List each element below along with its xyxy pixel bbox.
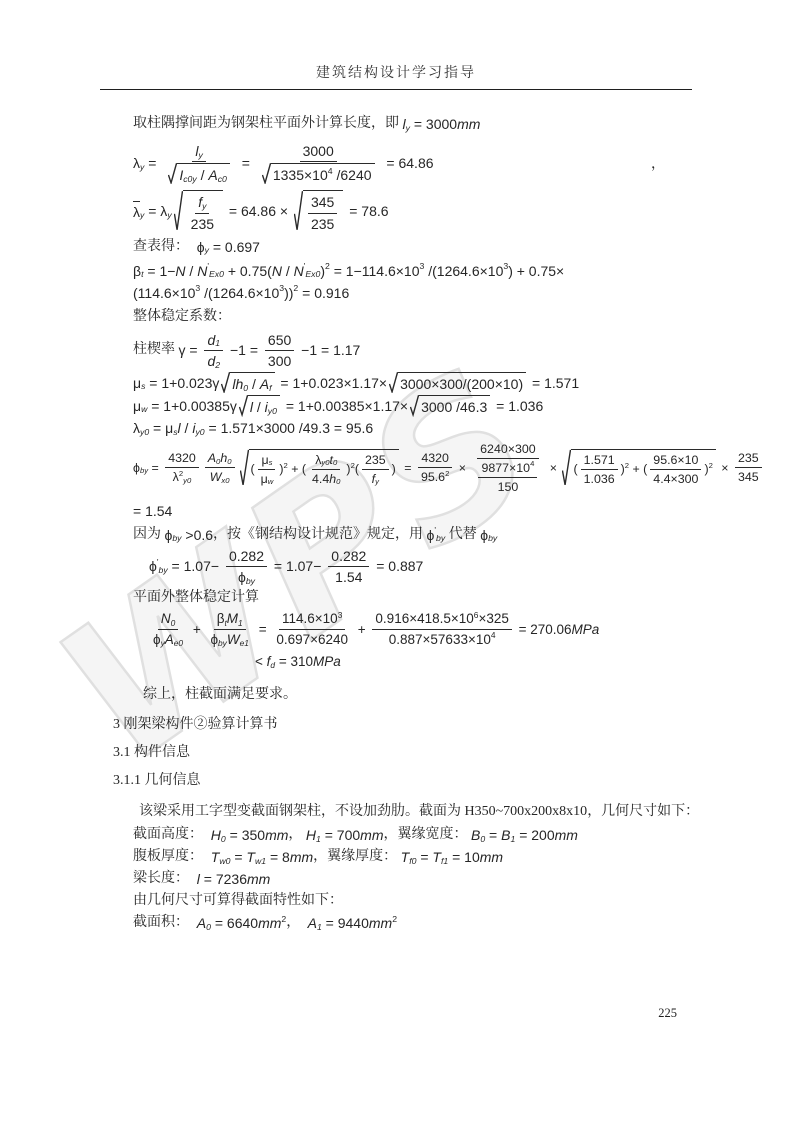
- fraction: fy235: [188, 193, 217, 232]
- math-token: = 270.06: [515, 621, 572, 639]
- math-token: y: [205, 246, 209, 255]
- math-token: y0: [183, 477, 191, 485]
- math-token: =: [255, 621, 270, 639]
- math-token: f1: [441, 857, 448, 866]
- math-token: 0: [227, 458, 231, 466]
- fraction: N0ϕyAe0: [150, 610, 186, 648]
- math-token: −1 = 1.17: [297, 341, 360, 359]
- math-token: y: [140, 163, 144, 172]
- math-token: W: [227, 631, 240, 649]
- formula-lambda-y: λy = lyIc0y / Ac0 = 30001335×104 /6240 =…: [133, 142, 434, 184]
- math-token: 6240×300: [480, 441, 535, 457]
- math-token: 235: [191, 215, 214, 233]
- document-page: WPS 建筑结构设计学习指导 取柱隅撑间距为钢架柱平面外计算长度，即 ly = …: [0, 0, 793, 1122]
- fraction: 9877×104150: [478, 460, 537, 495]
- beam-description: 该梁采用工字型变截面钢架柱，不设加劲肋。截面为 H350~700x200x8x1…: [139, 801, 739, 823]
- math-token: 1.54: [335, 568, 362, 586]
- fraction-numerator: 0.282: [226, 547, 267, 567]
- math-token: mm: [247, 870, 270, 888]
- fraction: 0.282ϕby: [226, 547, 267, 586]
- math-token: (114.6×10: [133, 284, 195, 302]
- math-token: 3000 /46.3: [421, 398, 487, 416]
- fraction: 235345: [735, 450, 762, 485]
- math-token: 650: [268, 331, 291, 349]
- radical-sign-icon: [389, 372, 398, 393]
- formula-taper-ratio: 柱楔率 γ = d1d2 −1 = 650300 −1 = 1.17: [133, 331, 743, 370]
- math-token: 截面高度：: [133, 826, 203, 844]
- math-token: 235: [311, 215, 334, 233]
- math-token: 0: [221, 835, 226, 844]
- math-token: by: [436, 534, 445, 543]
- sqrt-content: Ic0y / Ac0: [177, 163, 230, 184]
- math-token: = 310: [275, 653, 313, 671]
- math-token: 235: [738, 450, 759, 466]
- math-token: 0.282: [229, 547, 264, 565]
- fraction-numerator: 114.6×103: [279, 610, 345, 630]
- math-token: N: [294, 262, 304, 280]
- math-token: (: [251, 461, 255, 477]
- sqrt-radical: Ic0y / Ac0: [168, 163, 230, 184]
- math-token: >0.6: [182, 526, 214, 544]
- math-token: y: [202, 202, 206, 211]
- math-token: w0: [219, 857, 230, 866]
- math-token: e1: [240, 639, 249, 647]
- fraction-denominator: 345: [735, 468, 762, 485]
- sqrt-content: (μsμw)2 + (λy0t04.4h0)2(235fy): [249, 449, 399, 487]
- math-token: 0.282: [331, 547, 366, 565]
- math-token: μ: [261, 471, 268, 487]
- conclusion-line: 综上，柱截面满足要求。: [143, 685, 743, 705]
- math-token: 3: [279, 284, 284, 293]
- math-token: ϕ: [238, 568, 246, 586]
- math-token: ×325: [478, 610, 508, 628]
- math-token: = 1.54: [133, 502, 172, 520]
- math-token: μ: [133, 374, 141, 392]
- math-token: T: [432, 848, 441, 866]
- math-token: λ: [133, 154, 140, 172]
- math-token: 3: [195, 284, 200, 293]
- math-token: = 1.571×3000 /49.3 = 95.6: [205, 419, 374, 437]
- math-token: h: [329, 471, 336, 487]
- math-token: ，按《钢结构设计规范》规定，用: [213, 526, 427, 544]
- math-token: 梁长度：: [133, 870, 189, 888]
- math-token: ϕ: [210, 631, 218, 649]
- fraction-denominator: Ic0y / Ac0: [163, 162, 235, 184]
- math-token: y0: [268, 407, 277, 416]
- formula-mu-w: μw = 1+0.00385γl / iy0 = 1+0.00385×1.17×…: [133, 395, 743, 416]
- math-token: + (: [629, 461, 647, 477]
- fraction-numerator: λy0t0: [312, 452, 340, 470]
- fraction-denominator: 0.697×6240: [273, 630, 351, 649]
- fraction-numerator: 4320: [418, 450, 452, 468]
- math-token: 4.4: [312, 471, 329, 487]
- fraction-denominator: d2: [204, 351, 223, 370]
- math-token: = 0.916: [298, 284, 349, 302]
- math-token: =: [148, 460, 162, 476]
- math-token: 95.6×10: [653, 452, 698, 468]
- math-token: 2: [281, 915, 286, 924]
- math-token: λ: [133, 419, 140, 437]
- fraction-denominator: 9877×104150: [472, 459, 543, 495]
- math-token: e0: [174, 639, 183, 647]
- formula-phi-by-result: = 1.54: [133, 501, 743, 521]
- fraction-denominator: 150: [495, 478, 522, 495]
- fraction-numerator: 95.6×10: [650, 452, 701, 470]
- math-token: =: [401, 460, 415, 476]
- math-token: 2: [351, 462, 355, 470]
- sqrt-radical: lh0 / Af: [221, 372, 274, 393]
- fraction-numerator: 6240×300: [477, 441, 538, 459]
- math-token: /(1264.6×10: [200, 284, 279, 302]
- math-token: /: [253, 398, 265, 416]
- math-token: 3: [503, 262, 508, 271]
- intro-line: 取柱隅撑间距为钢架柱平面外计算长度，即 ly = 3000mm: [133, 114, 743, 134]
- math-token: 柱楔率: [133, 341, 179, 359]
- math-token: = 6640: [211, 914, 258, 932]
- math-token: 0.697×6240: [276, 631, 348, 649]
- sqrt-radical: 3000×300/(200×10): [389, 372, 526, 393]
- formula-lambda-y-row: λy = lyIc0y / Ac0 = 30001335×104 /6240 =…: [133, 142, 743, 184]
- math-token: by: [246, 577, 255, 586]
- fraction-numerator: 0.916×418.5×106×325: [372, 610, 511, 630]
- fraction-numerator: 235: [735, 450, 762, 468]
- math-token: 0: [243, 384, 248, 393]
- math-token: 3: [338, 611, 343, 619]
- sqrt-content: l / iy0: [248, 395, 280, 416]
- math-token: = 8: [266, 848, 290, 866]
- math-token: 0: [206, 923, 211, 932]
- fraction: 6240×3009877×104150: [472, 441, 543, 495]
- radical-sign-icon: [174, 190, 183, 232]
- math-token: lh: [232, 375, 243, 393]
- math-token: 150: [498, 479, 519, 495]
- math-token: 2: [709, 462, 713, 470]
- math-token: 腹板厚度：: [133, 848, 203, 866]
- math-token: 300: [268, 352, 291, 370]
- math-token: +: [189, 621, 204, 639]
- math-token: =: [144, 154, 160, 172]
- math-token: ×: [718, 460, 732, 476]
- stability-heading: 整体稳定系数：: [133, 307, 743, 327]
- fraction-denominator: fy: [369, 470, 382, 487]
- math-token: ϕ: [149, 557, 157, 575]
- math-token: μ: [133, 397, 141, 415]
- page-number: 225: [658, 1006, 677, 1021]
- math-token: A: [208, 166, 217, 184]
- math-token: by: [218, 639, 227, 647]
- math-token: MPa: [313, 653, 341, 671]
- section-3-1-1-heading: 3.1.1 几何信息: [113, 771, 743, 791]
- fraction-numerator: 4320: [165, 450, 199, 468]
- out-of-plane-heading: 平面外整体稳定计算: [133, 588, 743, 608]
- fraction-numerator: 1.571: [581, 452, 618, 470]
- math-token: mm: [480, 848, 503, 866]
- fraction-denominator: λ2y0: [170, 468, 195, 485]
- math-token: y: [406, 124, 410, 133]
- math-token: 2: [215, 361, 220, 370]
- sqrt-content: 3000×300/(200×10): [398, 372, 526, 393]
- fraction-denominator: 4.4×300: [650, 470, 701, 487]
- math-token: c0y: [183, 175, 197, 184]
- math-token: ，几何尺寸如下：: [587, 804, 699, 819]
- math-token: d: [270, 661, 275, 669]
- math-token: f: [269, 384, 271, 393]
- math-token: γ =: [179, 341, 202, 359]
- math-token: ϕ: [427, 526, 435, 544]
- fraction-denominator: 1.54: [332, 567, 365, 586]
- math-token: = 9440: [322, 914, 369, 932]
- math-token: y: [161, 639, 165, 647]
- section-height-line: 截面高度： H0 = 350mm， H1 = 700mm，翼缘宽度： B0 = …: [133, 825, 743, 845]
- math-token: h: [220, 450, 227, 466]
- math-token: ϕ: [153, 631, 161, 649]
- math-token: A: [208, 450, 216, 466]
- math-token: /: [186, 262, 198, 280]
- radical-sign-icon: [240, 449, 249, 487]
- math-token: N: [175, 262, 185, 280]
- math-token: 6: [474, 611, 479, 619]
- fraction-numerator: 650: [265, 331, 294, 351]
- math-token: =: [230, 848, 246, 866]
- sqrt-content: fy235: [183, 190, 223, 232]
- math-token: A: [308, 914, 317, 932]
- math-token: 查表得：: [133, 238, 189, 256]
- math-token: ，翼缘宽度：: [384, 826, 472, 844]
- math-token: y0: [321, 459, 329, 467]
- math-token: 1.571: [584, 452, 615, 468]
- math-token: A: [260, 375, 269, 393]
- math-token: )): [284, 284, 293, 302]
- formula-mu-s: μs = 1+0.023γlh0 / Af = 1+0.023×1.17×300…: [133, 372, 743, 393]
- section-3-1-heading: 3.1 构件信息: [113, 743, 743, 763]
- math-token: by: [140, 467, 148, 475]
- fraction: 650300: [265, 331, 294, 370]
- math-token: = 200: [515, 826, 554, 844]
- sqrt-radical: 345235: [294, 190, 343, 232]
- math-token: s: [141, 382, 145, 391]
- math-token: = 1+0.023×1.17×: [277, 374, 388, 392]
- math-token: + (: [288, 461, 306, 477]
- radical-sign-icon: [221, 372, 230, 393]
- math-token: A: [165, 631, 174, 649]
- math-token: T: [211, 848, 220, 866]
- math-token: mm: [457, 115, 480, 133]
- math-token: = 0.887: [372, 557, 423, 575]
- math-token: 0: [216, 458, 220, 466]
- math-token: x0: [221, 477, 229, 485]
- math-token: by: [159, 566, 168, 575]
- math-token: H350~700x200x8x10: [465, 804, 588, 819]
- radical-sign-icon: [239, 395, 248, 416]
- math-token: 2: [283, 462, 287, 470]
- fraction-numerator: 345: [308, 193, 337, 213]
- beam-length-line: 梁长度： l = 7236mm: [133, 869, 743, 889]
- formula-phi-by-prime: ϕ'by = 1.07− 0.282ϕby = 1.07− 0.2821.54 …: [149, 547, 743, 586]
- math-token: MPa: [572, 621, 600, 639]
- fraction: 235fy: [362, 452, 389, 487]
- math-token: = 1.07−: [270, 557, 325, 575]
- fraction-denominator: ϕbyWe1: [207, 630, 251, 649]
- formula-lambda-bar: λy = λyfy235 = 64.86 × 345235 = 78.6: [133, 190, 743, 232]
- math-token: 3000: [303, 142, 334, 160]
- math-token: β: [133, 262, 141, 280]
- fraction-numerator: d1: [204, 331, 223, 351]
- math-token: f0: [409, 857, 416, 866]
- fraction-numerator: 235: [362, 452, 389, 470]
- math-token: w: [141, 405, 147, 414]
- fraction-numerator: A0h0: [205, 450, 235, 468]
- because-line: 因为 ϕby >0.6，按《钢结构设计规范》规定，用 ϕ'by 代替 ϕby: [133, 525, 743, 545]
- math-token: λ: [133, 203, 140, 221]
- math-token: mm: [555, 826, 578, 844]
- fraction-numerator: 3000: [300, 142, 337, 162]
- math-token: 4: [530, 460, 534, 468]
- fraction-numerator: 9877×104: [478, 460, 537, 478]
- fraction-denominator: 300: [265, 351, 294, 370]
- math-token: 0: [171, 619, 176, 627]
- math-token: y: [167, 211, 171, 220]
- math-token: = 64.86 ×: [225, 202, 292, 220]
- fraction-denominator: Wx0: [207, 468, 233, 485]
- math-token: = 0.697: [209, 238, 260, 256]
- formula-beta-t-1: βt = 1−N / N'Ex0 + 0.75(N / N'Ex0)2 = 1−…: [133, 261, 743, 281]
- section-area-line: 截面积： A0 = 6640mm2， A1 = 9440mm2: [133, 913, 743, 933]
- math-token: T: [401, 848, 410, 866]
- math-token: ×: [455, 460, 469, 476]
- math-token: = 1.036: [492, 397, 543, 415]
- math-token: 345: [311, 193, 334, 211]
- math-token: = 64.86: [383, 154, 434, 172]
- math-token: ϕ: [165, 526, 173, 544]
- radical-sign-icon: [410, 395, 419, 416]
- overline: λ: [133, 201, 140, 221]
- fraction-denominator: ϕyAe0: [150, 630, 186, 649]
- math-token: 4: [491, 631, 496, 639]
- fraction: 4320λ2y0: [165, 450, 199, 485]
- math-token: = 1−114.6×10: [330, 262, 420, 280]
- math-token: mm: [265, 826, 288, 844]
- fraction: 30001335×104 /6240: [257, 142, 380, 184]
- math-token: w1: [255, 857, 266, 866]
- math-token: <: [255, 653, 267, 671]
- math-token: c0: [218, 175, 227, 184]
- web-thickness-line: 腹板厚度： Tw0 = Tw1 = 8mm，翼缘厚度： Tf0 = Tf1 = …: [133, 847, 743, 867]
- math-token: = 78.6: [345, 202, 388, 220]
- math-token: by: [488, 534, 497, 543]
- formula-beta-t-2: (114.6×103 /(1264.6×103))2 = 0.916: [133, 283, 743, 303]
- fraction-denominator: 1335×104 /6240: [257, 162, 380, 184]
- fraction: A0h0Wx0: [205, 450, 235, 485]
- fraction-denominator: 1.036: [581, 470, 618, 487]
- math-token: =: [238, 154, 254, 172]
- fraction: 432095.62: [418, 450, 452, 485]
- trailing-comma: ，: [651, 153, 665, 173]
- math-token: ) + 0.75×: [508, 262, 564, 280]
- fraction-numerator: N0: [158, 610, 178, 630]
- math-token: y: [140, 211, 144, 220]
- math-token: ，翼缘厚度：: [313, 848, 401, 866]
- fraction: 345235: [308, 193, 337, 232]
- math-token: 235: [365, 452, 386, 468]
- math-token: =: [416, 848, 432, 866]
- math-token: 取柱隅撑间距为钢架柱平面外计算长度，即: [133, 115, 403, 133]
- fraction-denominator: 4.4h0: [309, 470, 343, 487]
- math-token: ϕ: [480, 526, 488, 544]
- math-token: H: [211, 826, 221, 844]
- math-token: 2: [293, 284, 298, 293]
- fraction: 0.2821.54: [328, 547, 369, 586]
- math-token: = μ: [149, 419, 173, 437]
- math-token: = 7236: [200, 870, 247, 888]
- math-token: t: [224, 619, 226, 627]
- math-token: = 10: [448, 848, 480, 866]
- radical-sign-icon: [168, 163, 177, 184]
- math-token: 4320: [168, 450, 196, 466]
- math-token: 1: [238, 619, 243, 627]
- fraction: lyIc0y / Ac0: [163, 142, 235, 184]
- fraction-denominator: 235: [188, 214, 217, 233]
- fraction: μsμw: [258, 452, 277, 487]
- math-token: 代替: [445, 526, 480, 544]
- math-token: s: [269, 459, 273, 467]
- math-token: [203, 826, 211, 844]
- fraction-denominator: ϕby: [235, 567, 258, 586]
- math-token: 1335×10: [273, 166, 328, 184]
- math-token: H: [306, 826, 316, 844]
- math-token: 4320: [421, 450, 449, 466]
- math-token: ): [392, 461, 396, 477]
- sqrt-radical: (1.5711.036)2 + (95.6×104.4×300)2: [562, 449, 715, 487]
- math-token: β: [217, 610, 225, 628]
- fraction-numerator: 0.282: [328, 547, 369, 567]
- derived-properties-line: 由几何尺寸可算得截面特性如下：: [133, 891, 743, 911]
- math-token: 该梁采用工字型变截面钢架柱，不设加劲肋。截面为: [139, 804, 465, 819]
- math-token: M: [227, 610, 238, 628]
- math-token: B: [501, 826, 510, 844]
- math-token: 4: [328, 167, 333, 176]
- fraction: 1.5711.036: [581, 452, 618, 487]
- math-token: W: [210, 469, 222, 485]
- math-token: 截面积：: [133, 914, 189, 932]
- math-token: t: [141, 270, 143, 279]
- math-token: 95.6: [421, 469, 445, 485]
- sqrt-content: 1335×104 /6240: [271, 163, 375, 184]
- math-token: 3: [420, 262, 425, 271]
- math-token: ，: [288, 826, 306, 844]
- math-token: 0: [480, 835, 485, 844]
- math-token: T: [246, 848, 255, 866]
- math-token: by: [172, 534, 181, 543]
- sqrt-radical: 3000 /46.3: [410, 395, 490, 416]
- fraction-denominator: 95.62: [418, 468, 452, 485]
- sqrt-content: (1.5711.036)2 + (95.6×104.4×300)2: [571, 449, 715, 487]
- math-token: Ex0: [209, 270, 224, 279]
- math-token: y: [375, 478, 379, 486]
- math-token: /: [181, 419, 193, 437]
- fraction: 0.916×418.5×106×3250.887×57633×104: [372, 610, 511, 648]
- math-token: ×: [546, 460, 560, 476]
- math-token: 0.916×418.5×10: [375, 610, 473, 628]
- math-token: 2: [392, 915, 397, 924]
- math-token: 345: [738, 469, 759, 485]
- math-token: mm: [258, 914, 281, 932]
- sqrt-radical: (μsμw)2 + (λy0t04.4h0)2(235fy): [240, 449, 399, 487]
- math-token: w: [268, 478, 274, 486]
- fraction-denominator: 0.887×57633×104: [386, 630, 499, 649]
- math-token: [203, 848, 211, 866]
- math-token: 2: [325, 262, 330, 271]
- math-token: = 1.07−: [168, 557, 223, 575]
